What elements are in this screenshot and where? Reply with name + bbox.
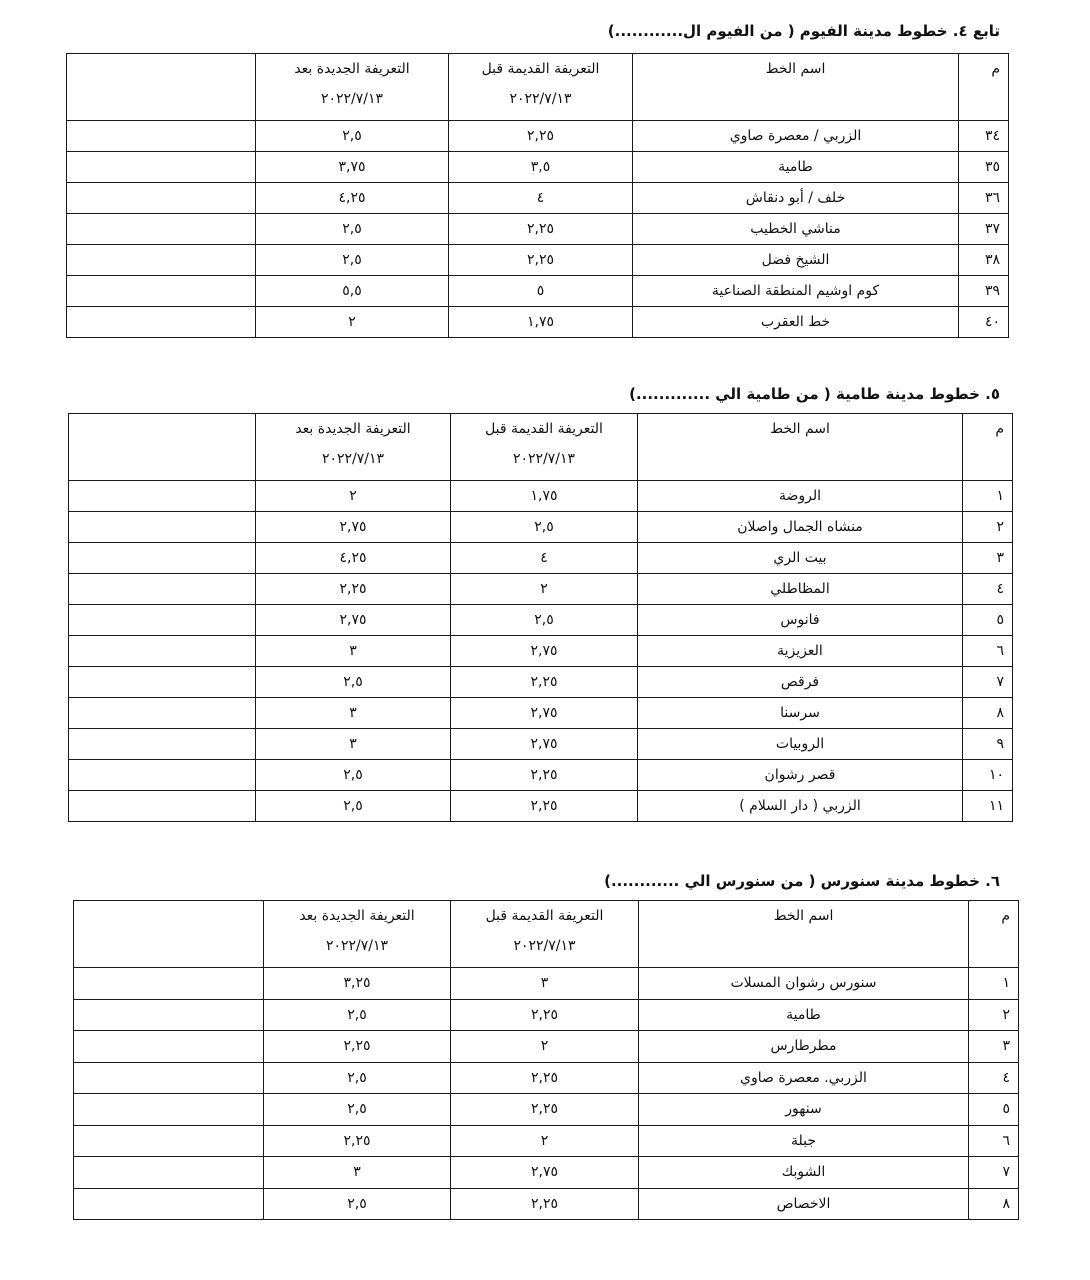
new-fare: ٢,٥ bbox=[256, 791, 451, 822]
table-row: ٣٩كوم اوشيم المنطقة الصناعية٥٥,٥ bbox=[67, 276, 1009, 307]
new-fare: ٣ bbox=[264, 1157, 451, 1189]
old-fare: ٢,٧٥ bbox=[451, 1157, 639, 1189]
table-row: ٣٥طامية٣,٥٣,٧٥ bbox=[67, 152, 1009, 183]
fare-table-sinnuris: م اسم الخط التعريفة القديمة قبل٢٠٢٢/٧/١٣… bbox=[73, 900, 1019, 1220]
old-fare: ٢ bbox=[451, 1031, 639, 1063]
new-fare: ٣,٧٥ bbox=[256, 152, 449, 183]
row-number: ٧ bbox=[963, 667, 1013, 698]
table-row: ٧فرقص٢,٢٥٢,٥ bbox=[69, 667, 1013, 698]
new-fare: ٣ bbox=[256, 698, 451, 729]
row-number: ٦ bbox=[969, 1125, 1019, 1157]
notes-cell bbox=[69, 667, 256, 698]
route-name: الروبيات bbox=[638, 729, 963, 760]
new-fare: ٤,٢٥ bbox=[256, 183, 449, 214]
notes-cell bbox=[74, 1188, 264, 1220]
notes-cell bbox=[69, 698, 256, 729]
notes-cell bbox=[74, 1125, 264, 1157]
table-row: ٣بيت الري٤٤,٢٥ bbox=[69, 543, 1013, 574]
table-row: ٧الشوبك٢,٧٥٣ bbox=[74, 1157, 1019, 1189]
row-number: ٣٩ bbox=[959, 276, 1009, 307]
row-number: ٢ bbox=[963, 512, 1013, 543]
fare-table-tamiya: م اسم الخط التعريفة القديمة قبل٢٠٢٢/٧/١٣… bbox=[68, 413, 1013, 822]
new-fare: ٢,٢٥ bbox=[256, 574, 451, 605]
route-name: منشاه الجمال واصلان bbox=[638, 512, 963, 543]
old-fare: ٢,٢٥ bbox=[449, 214, 633, 245]
route-name: فانوس bbox=[638, 605, 963, 636]
header-old-fare: التعريفة القديمة قبل٢٠٢٢/٧/١٣ bbox=[449, 54, 633, 121]
notes-cell bbox=[74, 1094, 264, 1126]
route-name: سنورس رشوان المسلات bbox=[639, 968, 969, 1000]
new-fare: ٢,٥ bbox=[264, 1188, 451, 1220]
header-route: اسم الخط bbox=[633, 54, 959, 121]
row-number: ٢ bbox=[969, 999, 1019, 1031]
route-name: مناشي الخطيب bbox=[633, 214, 959, 245]
route-name: سرسنا bbox=[638, 698, 963, 729]
section-title-fayoum: تابع ٤. خطوط مدينة الفيوم ( من الفيوم ال… bbox=[608, 22, 1000, 40]
old-fare: ٤ bbox=[451, 543, 638, 574]
old-fare: ٢ bbox=[451, 574, 638, 605]
header-new-fare: التعريفة الجديدة بعد٢٠٢٢/٧/١٣ bbox=[256, 414, 451, 481]
header-num: م bbox=[963, 414, 1013, 481]
notes-cell bbox=[74, 968, 264, 1000]
row-number: ٩ bbox=[963, 729, 1013, 760]
notes-cell bbox=[67, 183, 256, 214]
notes-cell bbox=[69, 543, 256, 574]
header-old-fare: التعريفة القديمة قبل٢٠٢٢/٧/١٣ bbox=[451, 901, 639, 968]
row-number: ٣٤ bbox=[959, 121, 1009, 152]
table-header-row: م اسم الخط التعريفة القديمة قبل٢٠٢٢/٧/١٣… bbox=[74, 901, 1019, 968]
table-row: ٨الاخصاص٢,٢٥٢,٥ bbox=[74, 1188, 1019, 1220]
route-name: الاخصاص bbox=[639, 1188, 969, 1220]
new-fare: ٢,٢٥ bbox=[264, 1125, 451, 1157]
route-name: جبلة bbox=[639, 1125, 969, 1157]
notes-cell bbox=[67, 214, 256, 245]
old-fare: ٢,٥ bbox=[451, 605, 638, 636]
route-name: الزربي ( دار السلام ) bbox=[638, 791, 963, 822]
old-fare: ٢ bbox=[451, 1125, 639, 1157]
row-number: ١ bbox=[969, 968, 1019, 1000]
table-row: ١١الزربي ( دار السلام )٢,٢٥٢,٥ bbox=[69, 791, 1013, 822]
route-name: الزربي / معصرة صاوي bbox=[633, 121, 959, 152]
table-row: ٤٠خط العقرب١,٧٥٢ bbox=[67, 307, 1009, 338]
table-row: ٥فانوس٢,٥٢,٧٥ bbox=[69, 605, 1013, 636]
table-row: ١الروضة١,٧٥٢ bbox=[69, 481, 1013, 512]
row-number: ٥ bbox=[969, 1094, 1019, 1126]
notes-cell bbox=[69, 574, 256, 605]
notes-cell bbox=[67, 276, 256, 307]
new-fare: ٢,٥ bbox=[256, 760, 451, 791]
row-number: ٤ bbox=[969, 1062, 1019, 1094]
table-row: ٨سرسنا٢,٧٥٣ bbox=[69, 698, 1013, 729]
old-fare: ٢,٢٥ bbox=[451, 999, 639, 1031]
new-fare: ٢,٢٥ bbox=[264, 1031, 451, 1063]
table-row: ٣٨الشيخ فضل٢,٢٥٢,٥ bbox=[67, 245, 1009, 276]
notes-cell bbox=[69, 729, 256, 760]
route-name: الشيخ فضل bbox=[633, 245, 959, 276]
route-name: طامية bbox=[633, 152, 959, 183]
row-number: ٣٨ bbox=[959, 245, 1009, 276]
route-name: طامية bbox=[639, 999, 969, 1031]
route-name: المظاطلي bbox=[638, 574, 963, 605]
new-fare: ٢,٥ bbox=[256, 245, 449, 276]
notes-cell bbox=[74, 999, 264, 1031]
route-name: خط العقرب bbox=[633, 307, 959, 338]
row-number: ٣٥ bbox=[959, 152, 1009, 183]
row-number: ١ bbox=[963, 481, 1013, 512]
table-header-row: م اسم الخط التعريفة القديمة قبل٢٠٢٢/٧/١٣… bbox=[67, 54, 1009, 121]
table-row: ٥سنهور٢,٢٥٢,٥ bbox=[74, 1094, 1019, 1126]
new-fare: ٢,٥ bbox=[256, 121, 449, 152]
header-route: اسم الخط bbox=[638, 414, 963, 481]
new-fare: ٢,٧٥ bbox=[256, 512, 451, 543]
route-name: مطرطارس bbox=[639, 1031, 969, 1063]
section-title-tamiya: ٥. خطوط مدينة طامية ( من طامية الي .....… bbox=[629, 385, 1000, 403]
notes-cell bbox=[67, 121, 256, 152]
old-fare: ٢,٢٥ bbox=[451, 1188, 639, 1220]
route-name: الشوبك bbox=[639, 1157, 969, 1189]
table-row: ٣٤الزربي / معصرة صاوي٢,٢٥٢,٥ bbox=[67, 121, 1009, 152]
row-number: ٤ bbox=[963, 574, 1013, 605]
row-number: ٥ bbox=[963, 605, 1013, 636]
section-title-sinnuris: ٦. خطوط مدينة سنورس ( من سنورس الي .....… bbox=[604, 872, 1000, 890]
old-fare: ١,٧٥ bbox=[449, 307, 633, 338]
header-route: اسم الخط bbox=[639, 901, 969, 968]
old-fare: ٤ bbox=[449, 183, 633, 214]
old-fare: ٢,٧٥ bbox=[451, 698, 638, 729]
notes-cell bbox=[67, 152, 256, 183]
row-number: ٤٠ bbox=[959, 307, 1009, 338]
table-header-row: م اسم الخط التعريفة القديمة قبل٢٠٢٢/٧/١٣… bbox=[69, 414, 1013, 481]
notes-cell bbox=[69, 791, 256, 822]
row-number: ١٠ bbox=[963, 760, 1013, 791]
notes-cell bbox=[67, 307, 256, 338]
table-row: ٦العزيزية٢,٧٥٣ bbox=[69, 636, 1013, 667]
old-fare: ٢,٢٥ bbox=[451, 1062, 639, 1094]
fare-table-fayoum: م اسم الخط التعريفة القديمة قبل٢٠٢٢/٧/١٣… bbox=[66, 53, 1009, 338]
old-fare: ٣ bbox=[451, 968, 639, 1000]
row-number: ٣٧ bbox=[959, 214, 1009, 245]
route-name: سنهور bbox=[639, 1094, 969, 1126]
header-notes bbox=[74, 901, 264, 968]
new-fare: ٤,٢٥ bbox=[256, 543, 451, 574]
header-num: م bbox=[959, 54, 1009, 121]
notes-cell bbox=[67, 245, 256, 276]
notes-cell bbox=[74, 1062, 264, 1094]
table-row: ٤المظاطلي٢٢,٢٥ bbox=[69, 574, 1013, 605]
route-name: خلف / أبو دنقاش bbox=[633, 183, 959, 214]
table-row: ٩الروبيات٢,٧٥٣ bbox=[69, 729, 1013, 760]
row-number: ٨ bbox=[969, 1188, 1019, 1220]
old-fare: ٥ bbox=[449, 276, 633, 307]
table-row: ١٠قصر رشوان٢,٢٥٢,٥ bbox=[69, 760, 1013, 791]
route-name: الروضة bbox=[638, 481, 963, 512]
old-fare: ٢,٢٥ bbox=[449, 245, 633, 276]
new-fare: ٢,٥ bbox=[256, 214, 449, 245]
notes-cell bbox=[69, 636, 256, 667]
new-fare: ٢ bbox=[256, 307, 449, 338]
old-fare: ٢,٧٥ bbox=[451, 636, 638, 667]
old-fare: ٢,٢٥ bbox=[451, 791, 638, 822]
row-number: ٣ bbox=[969, 1031, 1019, 1063]
new-fare: ٢,٧٥ bbox=[256, 605, 451, 636]
table-row: ٦جبلة٢٢,٢٥ bbox=[74, 1125, 1019, 1157]
new-fare: ٥,٥ bbox=[256, 276, 449, 307]
table-row: ١سنورس رشوان المسلات٣٣,٢٥ bbox=[74, 968, 1019, 1000]
route-name: الزربي. معصرة صاوي bbox=[639, 1062, 969, 1094]
new-fare: ٣ bbox=[256, 729, 451, 760]
table-row: ٤الزربي. معصرة صاوي٢,٢٥٢,٥ bbox=[74, 1062, 1019, 1094]
row-number: ٣٦ bbox=[959, 183, 1009, 214]
new-fare: ٢,٥ bbox=[256, 667, 451, 698]
old-fare: ٢,٢٥ bbox=[451, 760, 638, 791]
new-fare: ٢,٥ bbox=[264, 999, 451, 1031]
header-notes bbox=[69, 414, 256, 481]
route-name: فرقص bbox=[638, 667, 963, 698]
row-number: ١١ bbox=[963, 791, 1013, 822]
old-fare: ٢,٥ bbox=[451, 512, 638, 543]
old-fare: ٣,٥ bbox=[449, 152, 633, 183]
header-new-fare: التعريفة الجديدة بعد٢٠٢٢/٧/١٣ bbox=[256, 54, 449, 121]
header-num: م bbox=[969, 901, 1019, 968]
old-fare: ٢,٢٥ bbox=[451, 667, 638, 698]
table-row: ٢طامية٢,٢٥٢,٥ bbox=[74, 999, 1019, 1031]
header-new-fare: التعريفة الجديدة بعد٢٠٢٢/٧/١٣ bbox=[264, 901, 451, 968]
row-number: ٧ bbox=[969, 1157, 1019, 1189]
old-fare: ٢,٢٥ bbox=[449, 121, 633, 152]
table-row: ٣مطرطارس٢٢,٢٥ bbox=[74, 1031, 1019, 1063]
notes-cell bbox=[74, 1157, 264, 1189]
old-fare: ١,٧٥ bbox=[451, 481, 638, 512]
new-fare: ٢ bbox=[256, 481, 451, 512]
notes-cell bbox=[69, 760, 256, 791]
route-name: العزيزية bbox=[638, 636, 963, 667]
table-row: ٣٦خلف / أبو دنقاش٤٤,٢٥ bbox=[67, 183, 1009, 214]
table-row: ٢منشاه الجمال واصلان٢,٥٢,٧٥ bbox=[69, 512, 1013, 543]
old-fare: ٢,٧٥ bbox=[451, 729, 638, 760]
new-fare: ٣,٢٥ bbox=[264, 968, 451, 1000]
notes-cell bbox=[69, 512, 256, 543]
row-number: ٦ bbox=[963, 636, 1013, 667]
new-fare: ٢,٥ bbox=[264, 1062, 451, 1094]
route-name: قصر رشوان bbox=[638, 760, 963, 791]
row-number: ٣ bbox=[963, 543, 1013, 574]
old-fare: ٢,٢٥ bbox=[451, 1094, 639, 1126]
table-row: ٣٧مناشي الخطيب٢,٢٥٢,٥ bbox=[67, 214, 1009, 245]
new-fare: ٢,٥ bbox=[264, 1094, 451, 1126]
new-fare: ٣ bbox=[256, 636, 451, 667]
header-old-fare: التعريفة القديمة قبل٢٠٢٢/٧/١٣ bbox=[451, 414, 638, 481]
row-number: ٨ bbox=[963, 698, 1013, 729]
route-name: كوم اوشيم المنطقة الصناعية bbox=[633, 276, 959, 307]
header-notes bbox=[67, 54, 256, 121]
route-name: بيت الري bbox=[638, 543, 963, 574]
notes-cell bbox=[74, 1031, 264, 1063]
notes-cell bbox=[69, 481, 256, 512]
notes-cell bbox=[69, 605, 256, 636]
